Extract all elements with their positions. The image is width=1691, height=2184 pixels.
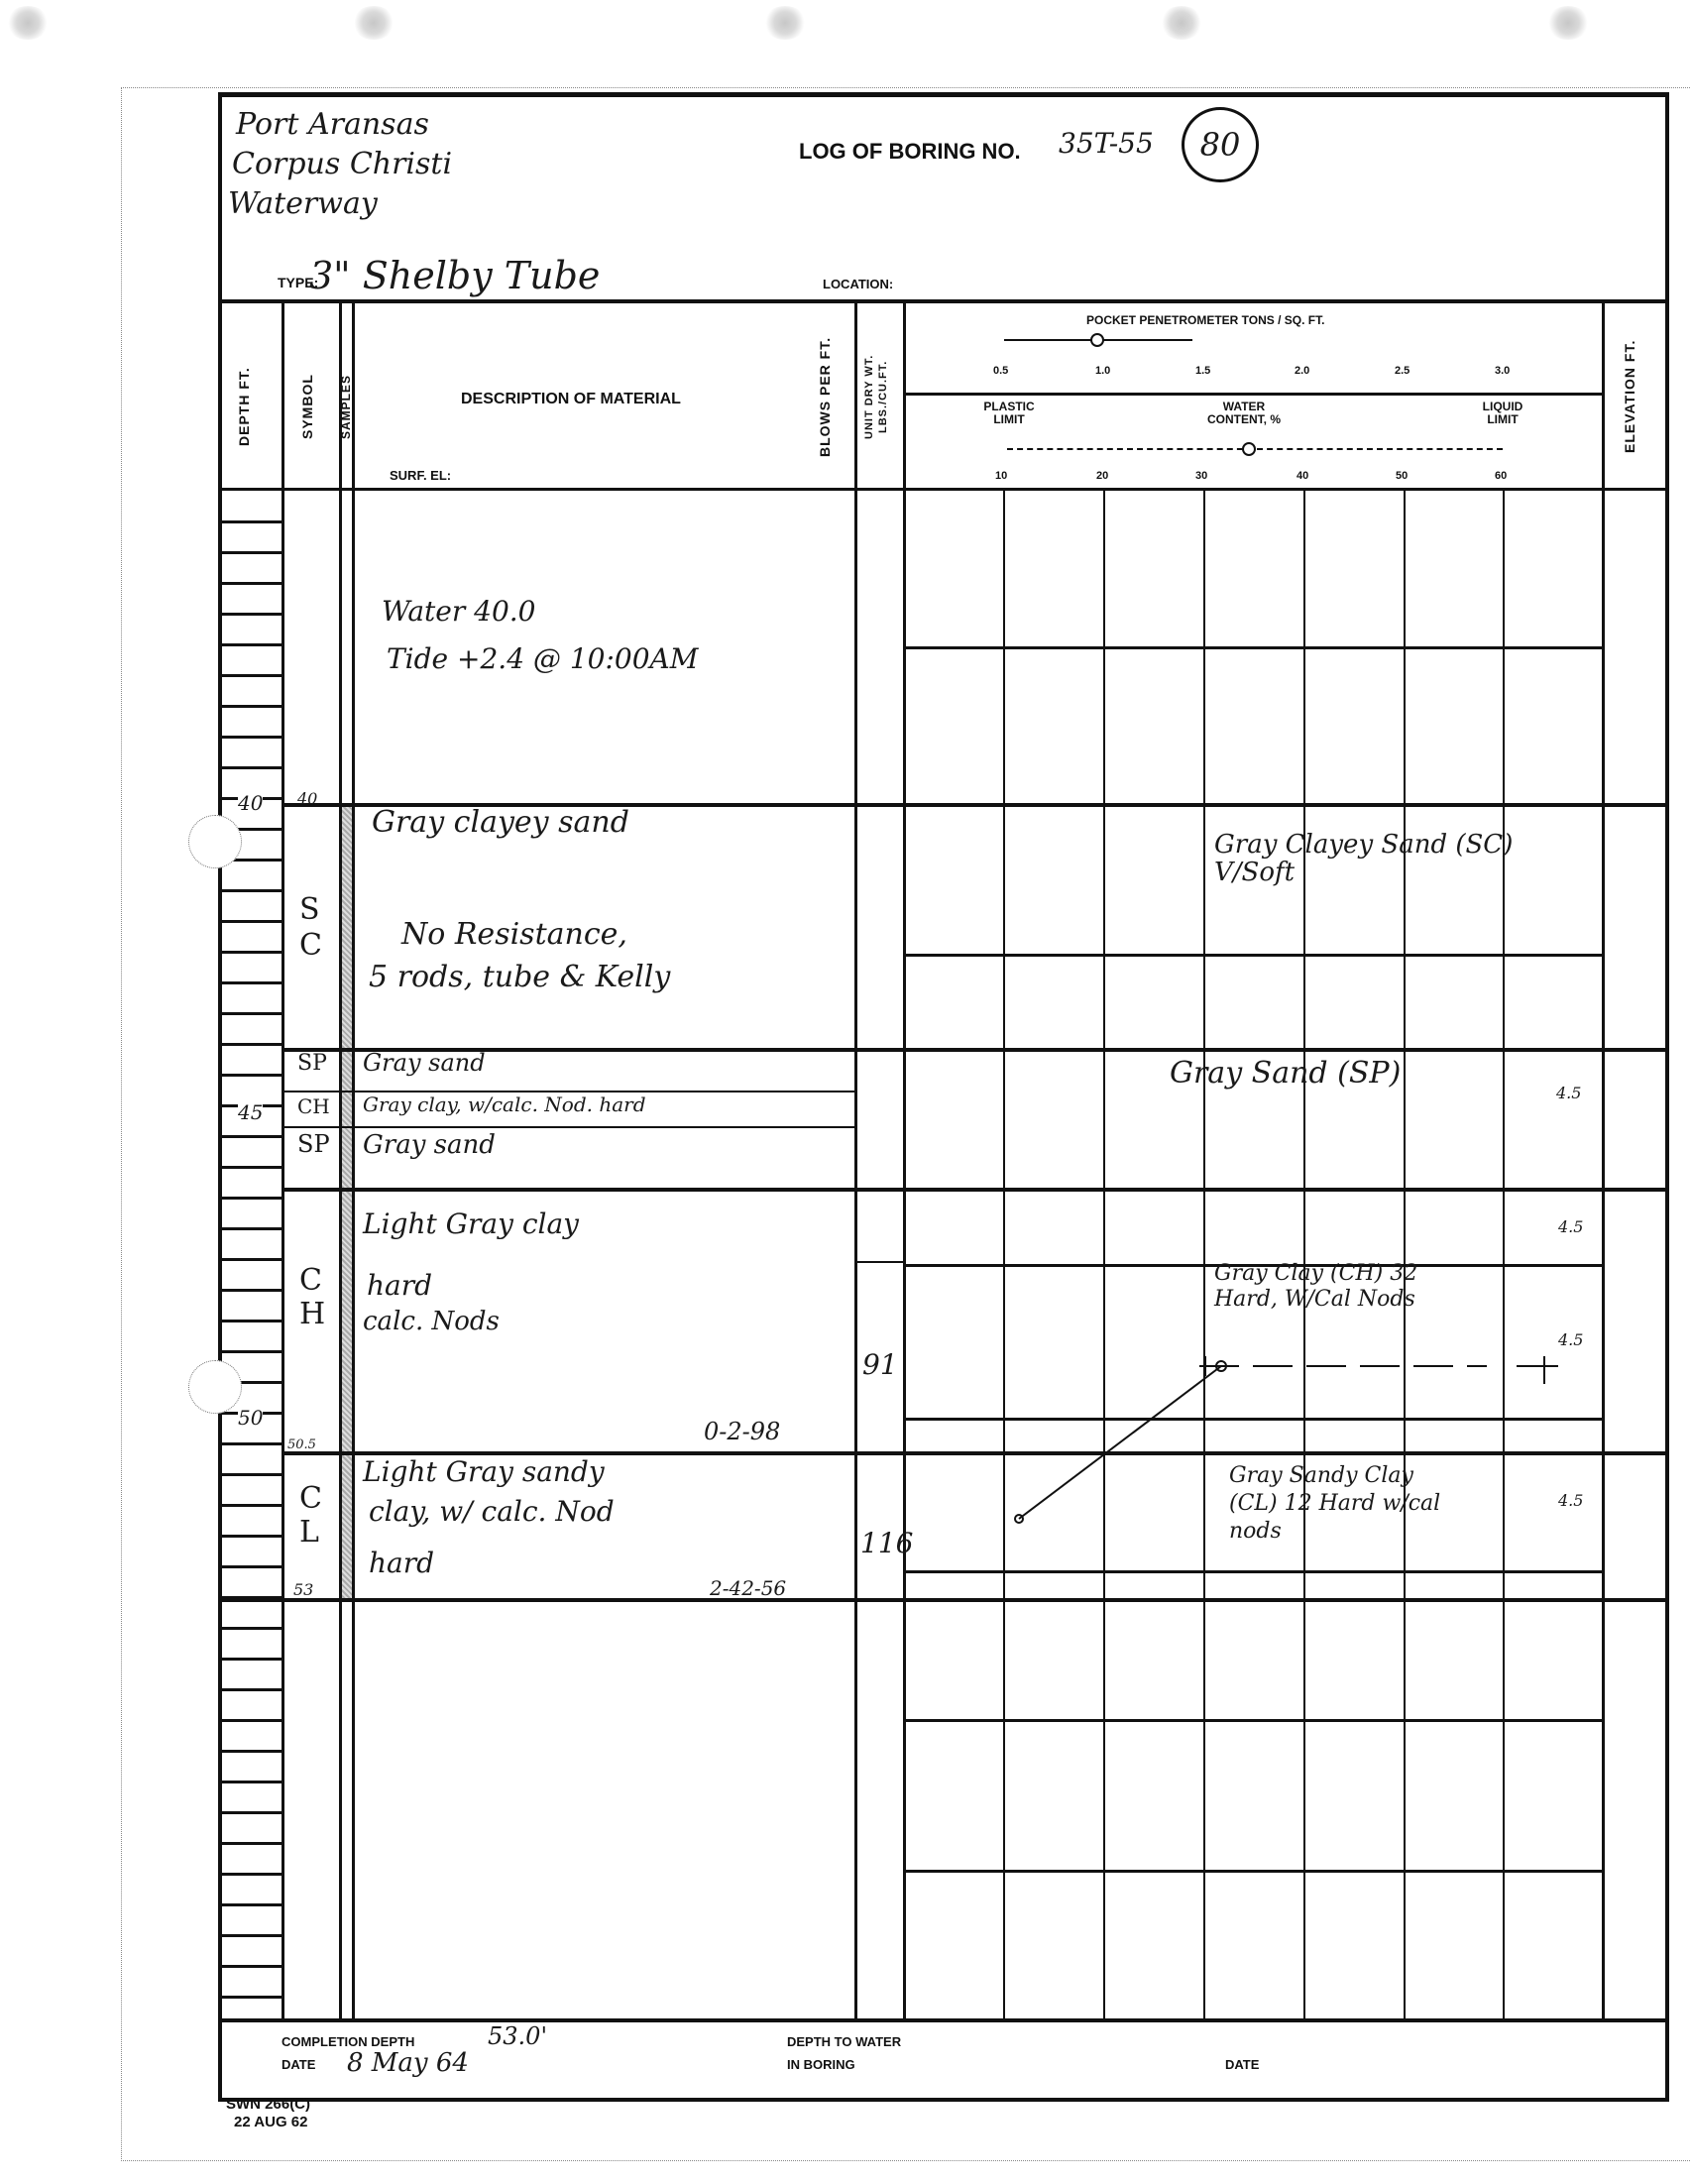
depth-label-40: 40	[238, 791, 263, 815]
description-header: DESCRIPTION OF MATERIAL	[461, 391, 681, 408]
water-content-marker-icon	[1242, 442, 1256, 456]
depth-tick	[220, 1565, 282, 1568]
depth-tick	[220, 1197, 282, 1200]
type-value: 3" Shelby Tube	[309, 254, 600, 297]
layer-bottom-mark: 53	[293, 1580, 313, 1599]
unitwt-col-left	[854, 301, 857, 2021]
depth-tick	[220, 705, 282, 708]
layer-remark: Gray Clayey Sand (SC) V/Soft	[1214, 831, 1591, 886]
layer-desc: hard	[367, 1269, 432, 1302]
circled-number-text: 80	[1200, 126, 1241, 164]
depth-tick	[220, 1074, 282, 1077]
scan-speck	[1546, 6, 1590, 40]
depth-tick	[220, 613, 282, 616]
layer-symbol: CH	[297, 1094, 330, 1118]
elevation-header: ELEVATION FT.	[1622, 327, 1641, 466]
layer-line-ch2	[282, 1188, 1665, 1192]
in-boring-label: IN BORING	[787, 2057, 855, 2072]
location-label: LOCATION:	[823, 277, 893, 291]
layer-desc: No Resistance,	[401, 917, 627, 952]
depth-tick	[220, 1043, 282, 1046]
circled-number: 80	[1182, 107, 1259, 182]
test-result: 0-2-98	[704, 1418, 780, 1445]
depth-tick	[220, 1166, 282, 1169]
layer-remark: Gray Clay (CH) 32 Hard, W/Cal Nods	[1214, 1261, 1462, 1313]
depth-tick	[220, 1535, 282, 1538]
pp-value: 4.5	[1558, 1330, 1583, 1349]
w-tick-1: 20	[1096, 470, 1108, 482]
w-tick-4: 50	[1396, 470, 1408, 482]
depth-tick	[220, 920, 282, 923]
depth-tick	[220, 1873, 282, 1876]
depth-tick	[220, 643, 282, 646]
layer-symbol: SP	[297, 1051, 327, 1076]
penetrometer-marker-icon	[1090, 333, 1104, 347]
project-line-3: Waterway	[228, 186, 378, 221]
pp-tick-3: 2.0	[1295, 365, 1309, 377]
w-tick-5: 60	[1495, 470, 1507, 482]
form-date: 22 AUG 62	[234, 2114, 307, 2130]
grid-h	[904, 954, 1604, 957]
depth-tick	[220, 1627, 282, 1630]
depth-to-water-label: DEPTH TO WATER	[787, 2034, 901, 2049]
layer-desc: Gray sand	[363, 1130, 496, 1160]
layer-desc: Gray clayey sand	[372, 805, 629, 840]
samples-col-divider	[352, 301, 355, 2021]
form-id: SWN 266(C)	[226, 2096, 310, 2113]
layer-desc: Light Gray sandy	[363, 1455, 605, 1488]
grid-v-40	[1303, 490, 1305, 2021]
depth-tick	[220, 1688, 282, 1691]
depth-tick	[220, 1965, 282, 1968]
depth-tick	[220, 1320, 282, 1322]
grid-h	[904, 1719, 1604, 1722]
depth-tick	[220, 1227, 282, 1230]
layer-line-sp2	[282, 1126, 856, 1128]
header-top-line	[218, 299, 1665, 303]
depth-tick	[220, 1781, 282, 1783]
layer-desc: Gray clay, w/calc. Nod. hard	[363, 1092, 646, 1116]
surf-el-label: SURF. EL:	[390, 468, 451, 483]
depth-tick	[220, 1903, 282, 1906]
depth-tick	[220, 889, 282, 892]
depth-tick	[220, 1996, 282, 1999]
w-tick-0: 10	[995, 470, 1007, 482]
plastic-limit-label: PLASTIC LIMIT	[979, 401, 1039, 426]
layer-symbol: SP	[297, 1130, 330, 1158]
w-tick-2: 30	[1195, 470, 1207, 482]
date2-label: DATE	[1225, 2057, 1259, 2072]
scan-speck	[1160, 6, 1203, 40]
samples-header: SAMPLES	[339, 357, 353, 456]
layer-line-sp	[282, 1048, 1665, 1052]
grid-h	[904, 646, 1604, 649]
footer-top-line	[218, 2018, 1665, 2022]
depth-tick	[220, 520, 282, 523]
depth-col-divider	[282, 301, 284, 2021]
log-title: LOG OF BORING NO.	[799, 139, 1021, 165]
unitwt-split	[854, 1261, 904, 1263]
depth-tick	[220, 1012, 282, 1015]
water-content-plot	[892, 1348, 1606, 1547]
layer-symbol-ch: CH	[299, 1264, 325, 1331]
symbol-header: SYMBOL	[299, 357, 319, 456]
depth-tick	[220, 1289, 282, 1292]
grid-h	[904, 1870, 1604, 1873]
completion-depth-value: 53.0'	[488, 2022, 547, 2050]
layer-remark: Gray Sand (SP)	[1170, 1056, 1401, 1091]
header-bottom-line	[218, 488, 1665, 491]
depth-tick	[220, 674, 282, 677]
depth-tick	[220, 1719, 282, 1722]
scan-speck	[6, 6, 50, 40]
depth-tick	[220, 766, 282, 769]
w-tick-3: 40	[1296, 470, 1308, 482]
test-result: 2-42-56	[710, 1576, 786, 1600]
depth-label-50: 50	[238, 1406, 263, 1430]
depth-tick	[220, 1842, 282, 1845]
project-line-2: Corpus Christi	[232, 147, 452, 181]
layer-desc: Gray sand	[363, 1049, 486, 1077]
pp-value: 4.5	[1556, 1084, 1581, 1102]
depth-tick	[220, 1258, 282, 1261]
depth-tick	[220, 582, 282, 585]
depth-label-45: 45	[238, 1100, 263, 1124]
pp-tick-5: 3.0	[1495, 365, 1510, 377]
grid-v-10	[1003, 490, 1005, 2021]
layer-symbol-cl: CL	[299, 1482, 322, 1550]
depth-tick	[220, 1811, 282, 1814]
completion-depth-label: COMPLETION DEPTH	[282, 2034, 414, 2049]
liquid-limit-label: LIQUID LIMIT	[1473, 401, 1532, 426]
penetrometer-title: POCKET PENETROMETER TONS / SQ. FT.	[1086, 313, 1324, 327]
layer-desc: 5 rods, tube & Kelly	[369, 960, 670, 994]
grid-v-20	[1103, 490, 1105, 2021]
pp-tick-4: 2.5	[1395, 365, 1409, 377]
depth-tick	[220, 981, 282, 984]
layer-line-53	[218, 1598, 1665, 1602]
grid-v-30	[1203, 490, 1205, 2021]
water-content-label: WATER CONTENT, %	[1199, 401, 1289, 426]
project-line-1: Port Aransas	[236, 107, 429, 142]
layer-desc: hard	[369, 1547, 434, 1579]
scan-speck	[352, 6, 395, 40]
layer-desc: calc. Nods	[363, 1307, 500, 1336]
depth-tick	[220, 1658, 282, 1661]
elevation-col-left	[1602, 301, 1605, 2021]
pp-tick-0: 0.5	[993, 365, 1008, 377]
layer-desc: clay, w/ calc. Nod	[369, 1495, 615, 1528]
layer-top-mark: 40	[297, 789, 317, 808]
depth-tick	[220, 951, 282, 954]
tide-note: Tide +2.4 @ 10:00AM	[387, 642, 698, 675]
pp-tick-2: 1.5	[1195, 365, 1210, 377]
depth-tick	[220, 1442, 282, 1445]
grid-v-60	[1503, 490, 1505, 2021]
depth-tick	[220, 1135, 282, 1138]
date-value: 8 May 64	[347, 2048, 469, 2078]
depth-tick	[220, 1350, 282, 1353]
depth-tick	[220, 1596, 282, 1599]
depth-tick	[220, 1473, 282, 1476]
grid-h	[904, 1570, 1604, 1573]
unitwt-header: UNIT DRY WT. LBS./CU.FT.	[862, 327, 898, 466]
pp-value: 4.5	[1558, 1217, 1583, 1236]
layer-desc: Light Gray clay	[363, 1207, 579, 1240]
depth-header: DEPTH FT.	[236, 347, 256, 466]
hole-punch	[188, 815, 242, 868]
hole-punch	[188, 1360, 242, 1414]
graph-header-mid-line	[904, 393, 1604, 396]
depth-tick	[220, 551, 282, 554]
date-label: DATE	[282, 2057, 315, 2072]
scan-speck	[763, 6, 807, 40]
layer-symbol-sc: SC	[299, 892, 322, 964]
pp-tick-1: 1.0	[1095, 365, 1110, 377]
depth-tick	[220, 1750, 282, 1753]
graph-left	[903, 301, 906, 2021]
samples-strip	[342, 804, 352, 1600]
depth-tick	[220, 1934, 282, 1937]
boring-number: 35T-55	[1059, 127, 1154, 160]
blows-header: BLOWS PER FT.	[817, 327, 837, 466]
grid-v-50	[1404, 490, 1406, 2021]
layer-top-mark: 50.5	[287, 1437, 316, 1452]
depth-tick	[220, 1504, 282, 1507]
depth-tick	[220, 736, 282, 739]
water-note: Water 40.0	[382, 595, 536, 628]
